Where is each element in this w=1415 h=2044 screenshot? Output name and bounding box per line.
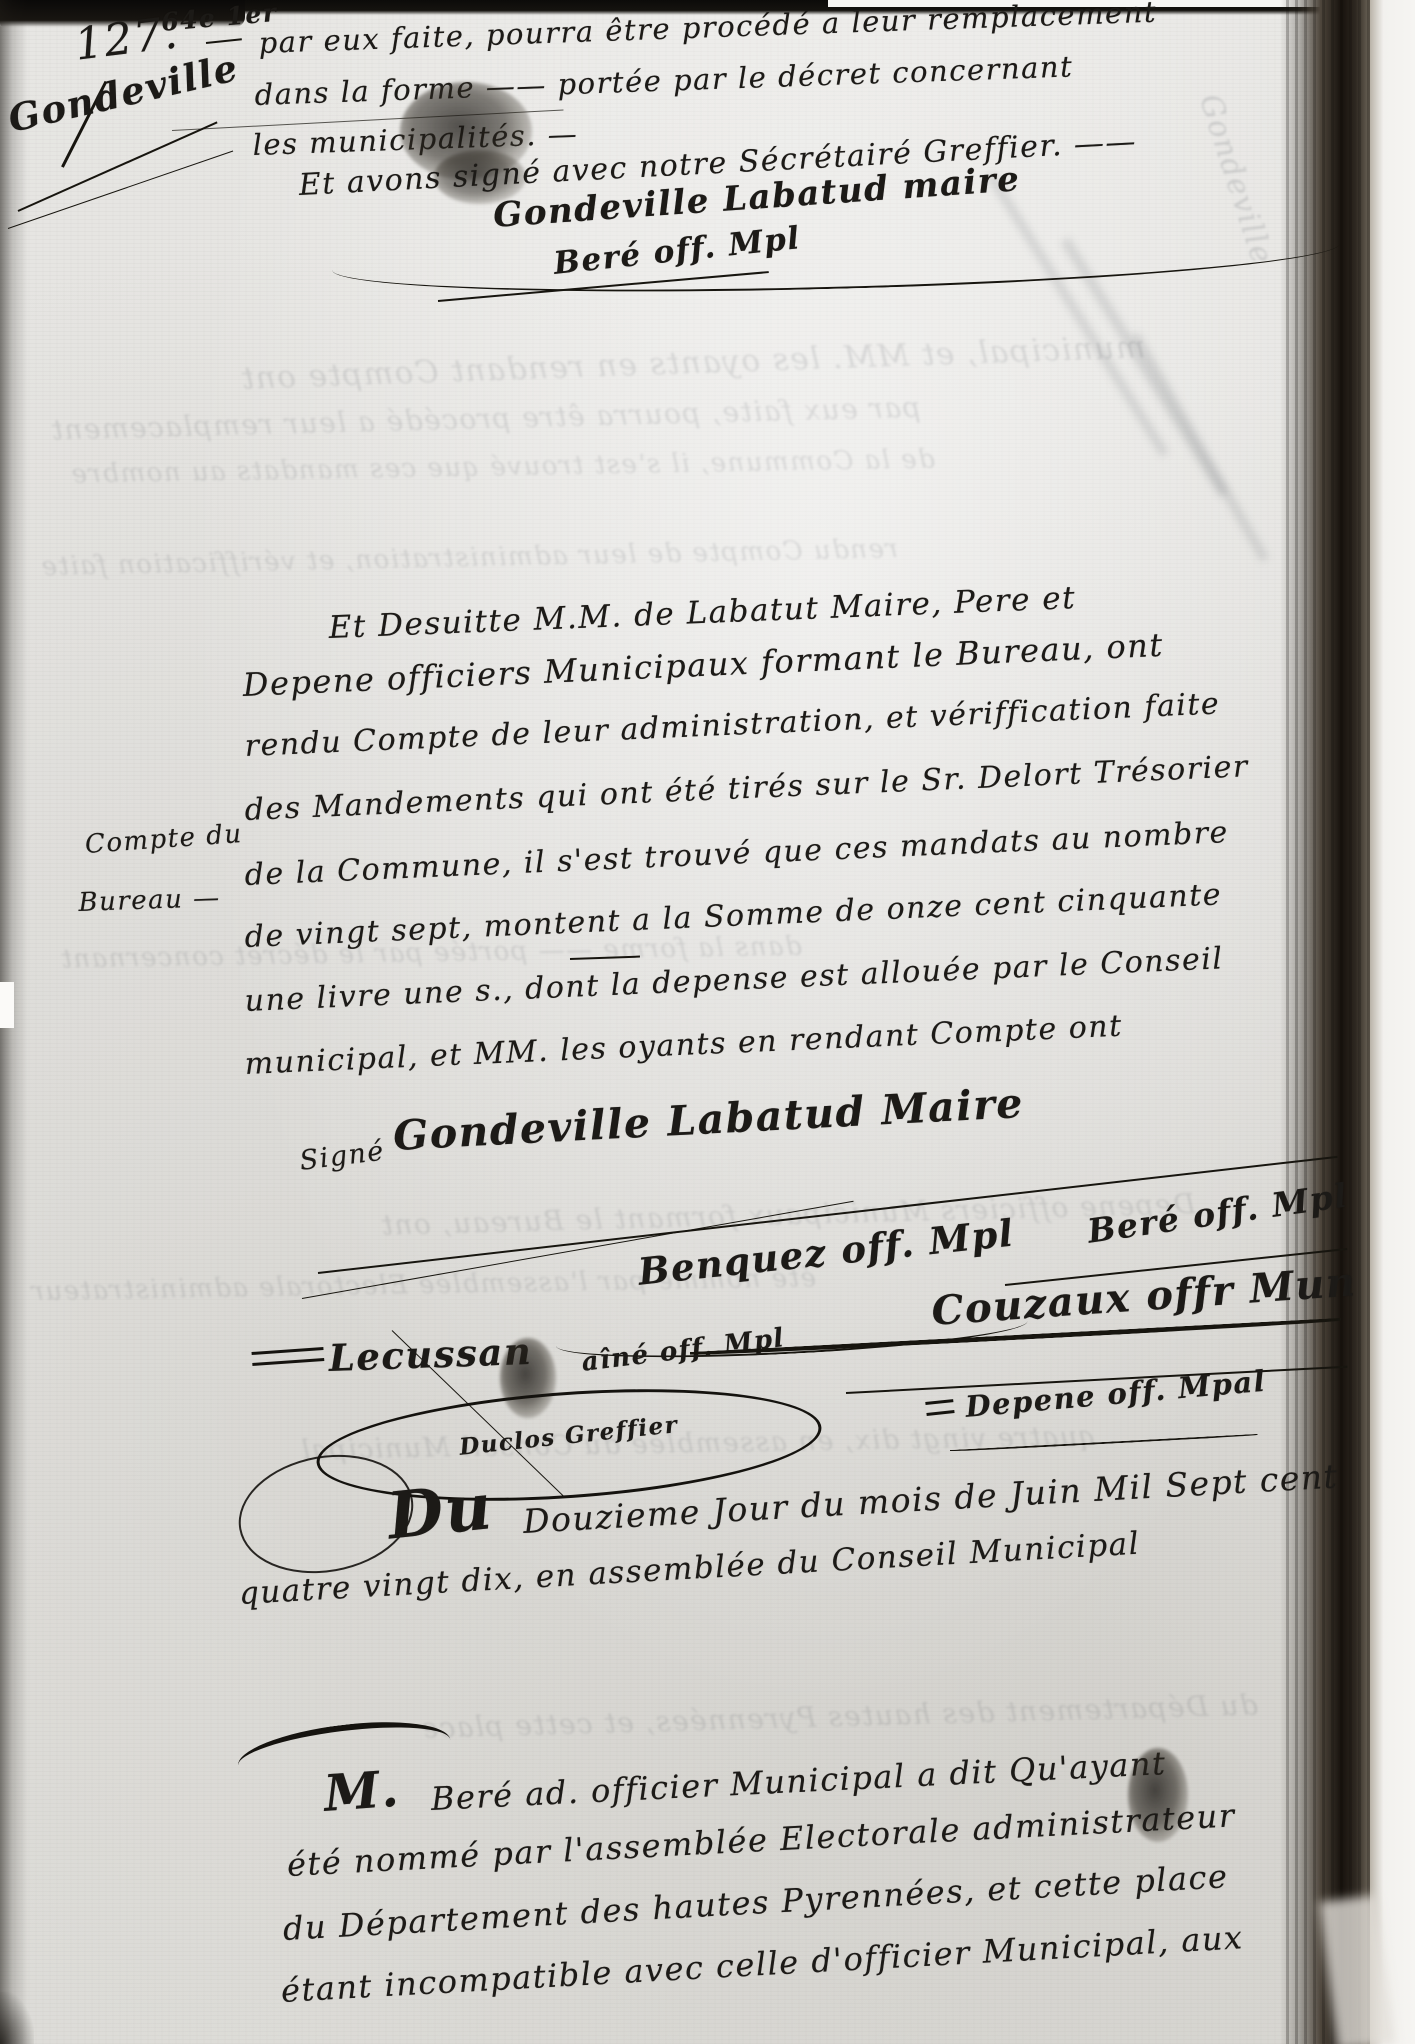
signed-label: Signé [298, 1136, 386, 1177]
bleedthrough-line: de la Commune, il s'est trouvé que ces m… [70, 444, 935, 489]
margin-note-compte: Compte du [84, 819, 244, 860]
left-edge-notch [0, 982, 14, 1028]
binding-edge [1280, 0, 1370, 2044]
statement-initial: M. [322, 1759, 402, 1823]
signature-depene: Depene off. Mpal [964, 1364, 1267, 1424]
bleedthrough-line: par eux faite, pourra être procédé a leu… [50, 391, 921, 447]
manuscript-page: municipal, et MM. les oyants en rendant … [0, 0, 1415, 2044]
margin-note-bureau: Bureau — [78, 883, 221, 918]
signature-mayor-main: Gondeville Labatud Maire [392, 1079, 1025, 1160]
opening-line: dans la forme —— portée par le décret co… [254, 49, 1074, 112]
bleedthrough-line: du Département des hautes Pyrennées, et … [420, 1688, 1258, 1744]
session-initial: Du [384, 1469, 496, 1555]
bleedthrough-line: municipal, et MM. les oyants en rendant … [240, 329, 1146, 397]
bleedthrough-line: rendu Compte de leur administration, et … [40, 534, 898, 582]
margin-signature-flourish [8, 151, 233, 229]
smudge-mark [986, 172, 1169, 457]
account-line: rendu Compte de leur administration, et … [244, 686, 1221, 764]
smudge-mark [1131, 332, 1269, 562]
signature-flourish-arc [331, 212, 1340, 302]
depene-dash-mark [925, 1399, 954, 1416]
account-line: des Mandements qui ont été tirés sur le … [244, 749, 1249, 828]
scanner-margin-right [1370, 0, 1415, 2044]
lecussan-dash-mark [252, 1347, 325, 1366]
account-line: de la Commune, il s'est trouvé que ces m… [244, 815, 1230, 893]
register-code-underline [206, 38, 242, 44]
bottom-left-shadow [0, 1992, 34, 2044]
account-line: municipal, et MM. les oyants en rendant … [244, 1009, 1123, 1082]
